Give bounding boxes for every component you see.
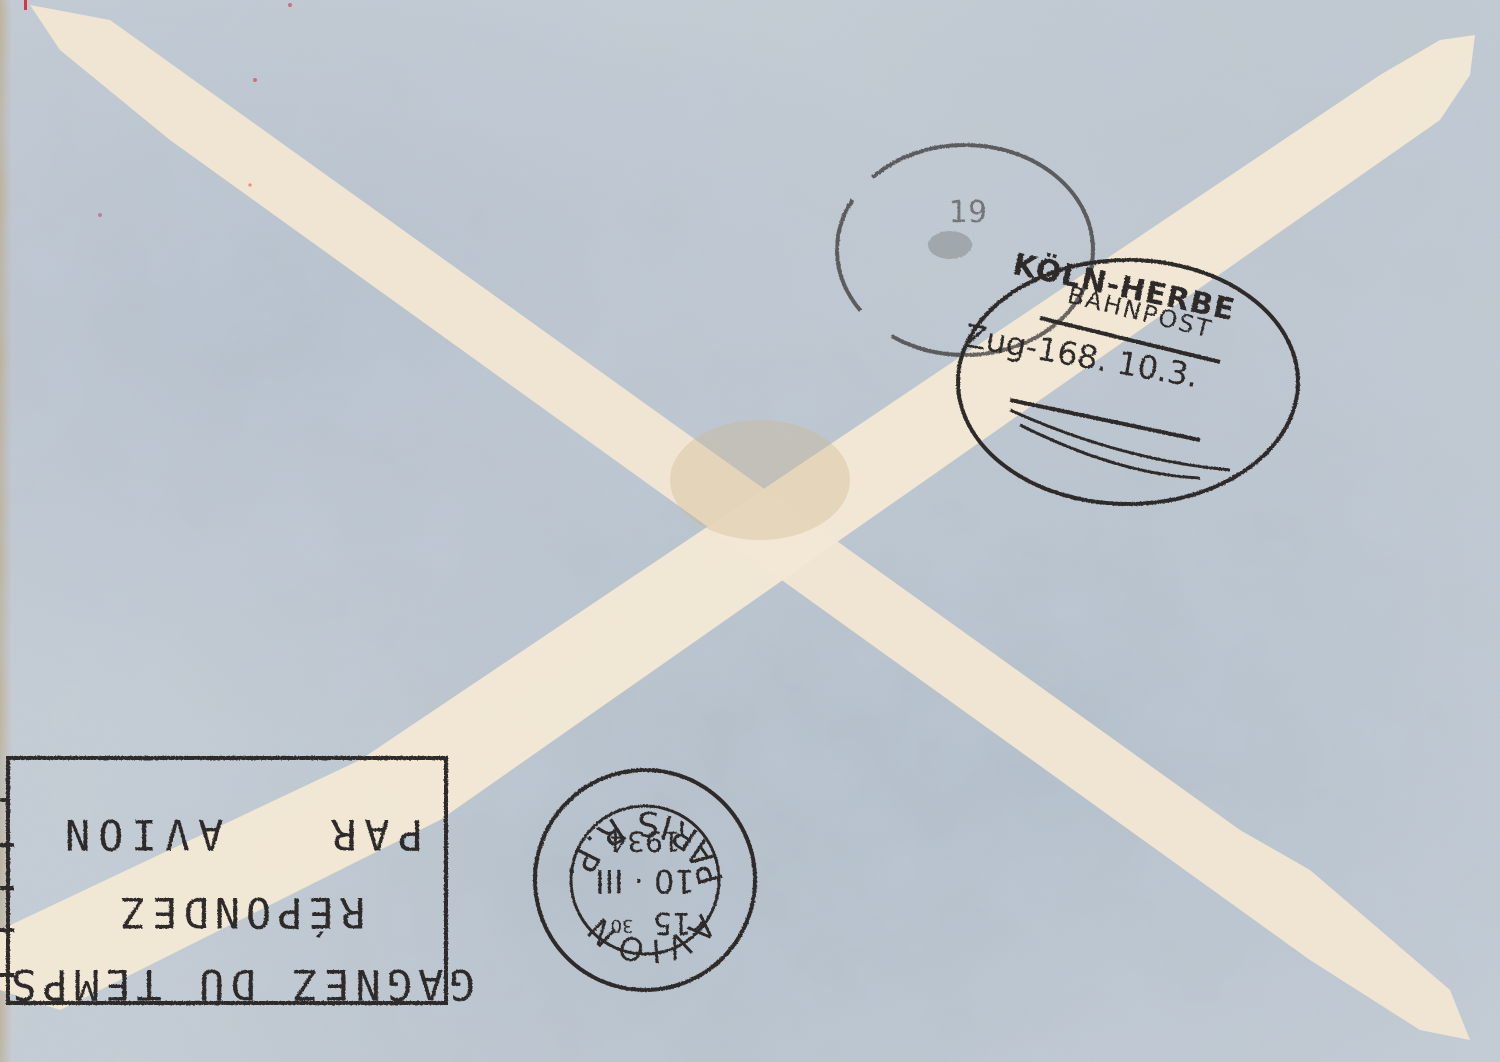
envelope-artwork: 19 KÖLN-HERBE BAHNPOST Zug-168. 10.3. [0, 0, 1500, 1062]
envelope-back: 19 KÖLN-HERBE BAHNPOST Zug-168. 10.3. [0, 0, 1500, 1062]
tape-stain [670, 420, 850, 540]
slogan-line-repondez: RÉPONDEZ [115, 888, 365, 938]
svg-text:30: 30 [611, 915, 634, 936]
svg-text:1934: 1934 [609, 825, 680, 858]
slogan-line-gagnez: GAGNEZ DU TEMPS [5, 960, 474, 1009]
svg-text:19: 19 [949, 195, 987, 230]
svg-text:10 · III: 10 · III [595, 862, 695, 900]
svg-text:15: 15 [653, 905, 691, 940]
slogan-line-par-avion: PAR AVION [57, 810, 423, 859]
